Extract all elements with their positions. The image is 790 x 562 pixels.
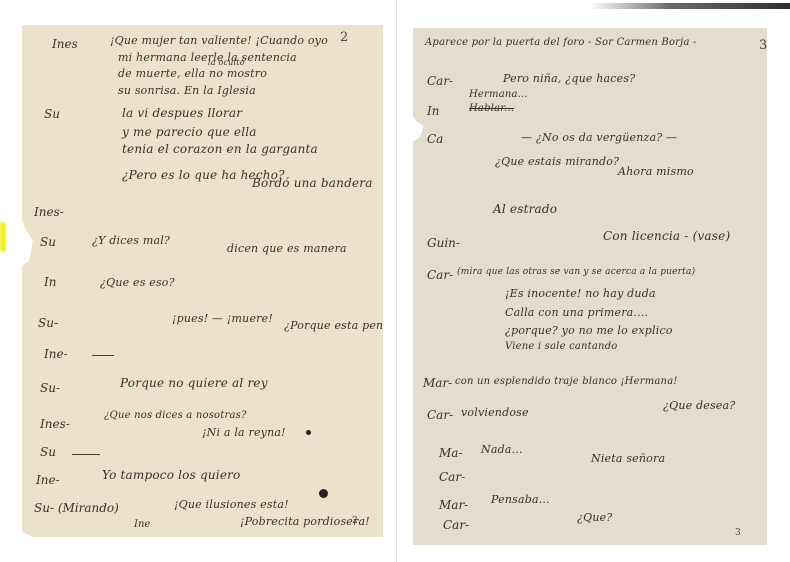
correction-note: la ocultó [208, 59, 245, 67]
speaker-label: Ine- [36, 473, 60, 487]
speaker-label: In [427, 104, 439, 118]
dialogue-line: tenia el corazon en la garganta [122, 143, 318, 155]
manuscript-page-right: Aparece por la puerta del foro - Sor Car… [413, 28, 767, 545]
highlighter-mark [0, 222, 6, 252]
speaker-label: Ca [427, 132, 443, 146]
page-gutter [396, 0, 397, 562]
speaker-label: Su- [40, 381, 60, 395]
speaker-label: Ine [134, 519, 150, 530]
speaker-label: Su [40, 445, 56, 459]
dialogue-line: Pero niña, ¿que haces? [503, 73, 635, 84]
dialogue-line: ¿Porque esta pena? [284, 320, 396, 331]
scanner-shadow-bar [590, 3, 790, 9]
page-number-bottom: 2 [352, 516, 358, 526]
dialogue-line: Porque no quiere al rey [120, 377, 268, 389]
speaker-label: Ines- [34, 205, 64, 219]
ink-dot [306, 430, 311, 435]
speaker-label: Ines- [40, 417, 70, 431]
stage-direction: Al estrado [493, 203, 557, 215]
struck-text: Hablar... [469, 104, 514, 114]
dialogue-line: ¡Es inocente! no hay duda [505, 288, 656, 299]
speaker-label: Car- [427, 408, 453, 422]
speaker-label: Su- (Mirando) [34, 501, 119, 515]
speaker-label: Car- [427, 74, 453, 88]
speaker-label: Car- [427, 268, 453, 282]
dash-mark [72, 454, 100, 455]
dialogue-line: Nada... [481, 444, 523, 455]
dialogue-line: Pensaba... [491, 494, 550, 505]
speaker-label: Su [44, 107, 60, 121]
dialogue-line: ¿porque? yo no me lo explico [505, 325, 673, 336]
dialogue-line: ¿Que? [577, 512, 612, 523]
dialogue-line: ¿Que desea? [663, 400, 735, 411]
speaker-label: Su [40, 235, 56, 249]
stage-direction: (mira que las otras se van y se acerca a… [457, 268, 695, 277]
dialogue-line: Nieta señora [591, 453, 665, 464]
manuscript-page-left: 2 Ines ¡Que mujer tan valiente! ¡Cuando … [22, 25, 383, 537]
dialogue-line: Calla con una primera.... [505, 307, 648, 318]
dialogue-line: de muerte, ella no mostro [118, 68, 267, 79]
dialogue-line: ¡Que ilusiones esta! [174, 499, 289, 510]
speaker-label: Ines [52, 37, 78, 51]
speaker-label: Guin- [427, 236, 460, 250]
dialogue-line: y me parecio que ella [122, 126, 257, 138]
dialogue-line: la vi despues llorar [122, 107, 242, 119]
dialogue-line: Ahora mismo [618, 166, 694, 177]
speaker-label: Ma- [439, 446, 463, 460]
dialogue-line: Con licencia - (vase) [603, 230, 730, 242]
page-number-bottom: 3 [735, 528, 741, 538]
dash-mark [92, 355, 114, 356]
dialogue-line: ¡Que mujer tan valiente! ¡Cuando oyo [110, 35, 328, 46]
speaker-label: In [44, 275, 56, 289]
dialogue-line: Bordó una bandera [252, 177, 373, 189]
dialogue-line: Yo tampoco los quiero [102, 469, 241, 481]
stage-direction: Aparece por la puerta del foro - Sor Car… [425, 38, 697, 48]
speaker-label: Su- [38, 316, 58, 330]
dialogue-line: ¿Que es eso? [100, 277, 175, 288]
speaker-label: Car- [439, 470, 465, 484]
dialogue-line: ¡pues! — ¡muere! [172, 313, 273, 324]
speaker-label: Ine- [44, 347, 68, 361]
dialogue-line: su sonrisa. En la Iglesia [118, 85, 256, 96]
page-number-top: 2 [340, 30, 348, 45]
speaker-label: Car- [443, 518, 469, 532]
dialogue-line: ¡Pobrecita pordiosera! [240, 516, 370, 527]
dialogue-line: ¿Y dices mal? [92, 235, 170, 246]
dialogue-line: Hermana... [469, 90, 528, 100]
stage-direction: Viene i sale cantando [505, 342, 618, 352]
page-number-top: 3 [759, 38, 767, 53]
dialogue-line: ¡Ni a la reyna! [202, 427, 286, 438]
speaker-label: Mar- [423, 376, 452, 390]
dialogue-line: ¿Que nos dices a nosotras? [104, 411, 247, 421]
dialogue-line: ¿Que estais mirando? [495, 156, 619, 167]
speaker-label: Mar- [439, 498, 468, 512]
dialogue-line: — ¿No os da vergüenza? — [521, 132, 677, 143]
ink-blot [319, 489, 328, 498]
stage-direction: volviendose [461, 407, 529, 418]
dialogue-line: con un esplendido traje blanco ¡Hermana! [455, 377, 678, 387]
dialogue-line: dicen que es manera [227, 243, 347, 254]
